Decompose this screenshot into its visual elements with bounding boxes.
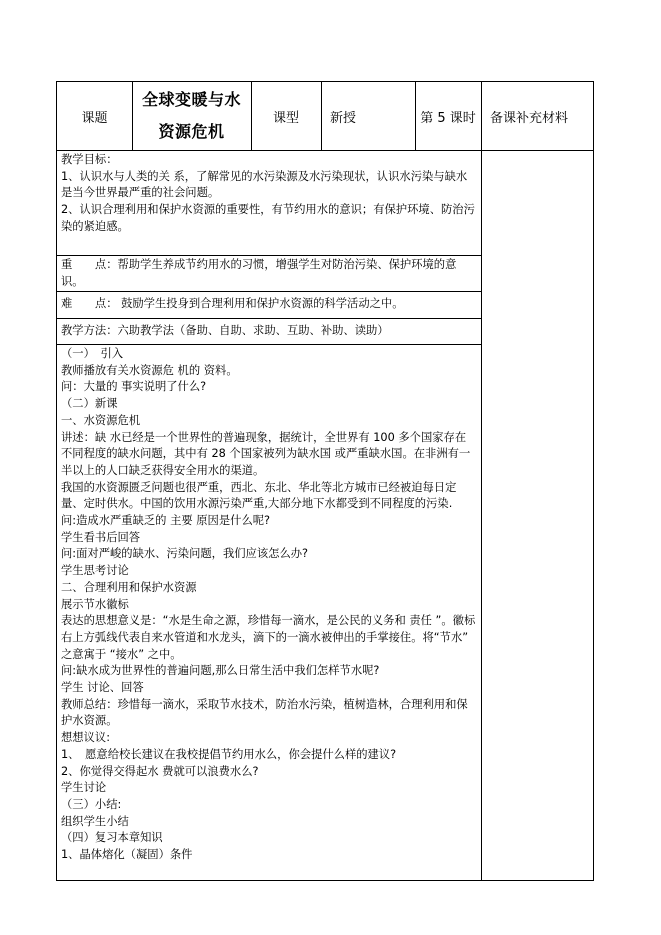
key-point: 重 点：帮助学生养成节约用水的习惯，增强学生对防治污染、保护环境的意识。 — [57, 255, 481, 291]
process-line: （二）新课 — [61, 396, 477, 413]
process-line: 1、 愿意给校长建议在我校提倡节约用水么，你会提什么样的建议? — [61, 747, 477, 764]
key-point-text: 重 点：帮助学生养成节约用水的习惯，增强学生对防治污染、保护环境的意识。 — [61, 257, 477, 290]
topic-value: 全球变暖与水 资源危机 — [132, 82, 251, 150]
process-line: 表达的思想意义是：“水是生命之源，珍惜每一滴水，是公民的义务和 责任 ”。徽标右… — [61, 613, 477, 663]
process-line: 一、水资源危机 — [61, 413, 477, 430]
lesson-plan-table: 课题 全球变暖与水 资源危机 课型 新授 第 5 课时 备课补充材料 教学目标：… — [56, 81, 594, 881]
process-line: 2、你觉得交得起水 费就可以浪费水么? — [61, 764, 477, 781]
supplement-content — [482, 151, 593, 880]
process-line: 讲述：缺 水已经是一个世界性的普遍现象，据统计，全世界有 100 多个国家存在不… — [61, 430, 477, 480]
process-line: 我国的水资源匮乏问题也很严重，西北、东北、华北等北方城市已经被迫每日定量、定时供… — [61, 480, 477, 513]
process-line: （四）复习本章知识 — [61, 830, 477, 847]
supplement-label: 备课补充材料 — [481, 82, 593, 150]
topic-label: 课题 — [57, 82, 132, 150]
process-line: 学生 讨论、回答 — [61, 680, 477, 697]
process-line: 1、晶体熔化（凝固）条件 — [61, 847, 477, 864]
process-line: 教师总结：珍惜每一滴水，采取节水技术，防治水污染，植树造林，合理利用和保护水资源… — [61, 697, 477, 730]
process-line: 二、合理利用和保护水资源 — [61, 580, 477, 597]
process-line: （三）小结: — [61, 797, 477, 814]
objectives-title: 教学目标： — [61, 152, 477, 169]
process-line: （一） 引入 — [61, 346, 477, 363]
objective-item: 2、认识合理利用和保护水资源的重要性，有节约用水的意识；有保护环境、防治污染的紧… — [61, 202, 477, 235]
process-line: 学生讨论 — [61, 780, 477, 797]
topic-line-1: 全球变暖与水 — [132, 84, 251, 116]
process-line: 教师播放有关水资源危 机的 资料。 — [61, 363, 477, 380]
process-line: 组织学生小结 — [61, 814, 477, 831]
process-line: 学生思考讨论 — [61, 563, 477, 580]
topic-line-2: 资源危机 — [132, 116, 251, 148]
difficult-point-text: 难 点： 鼓励学生投身到合理利用和保护水资源的科学活动之中。 — [61, 296, 404, 313]
process-line: 学生看书后回答 — [61, 530, 477, 547]
type-label: 课型 — [251, 82, 321, 150]
type-value: 新授 — [321, 82, 415, 150]
process-line: 展示节水徽标 — [61, 597, 477, 614]
process-line: 问:面对严峻的缺水、污染问题，我们应该怎么办? — [61, 546, 477, 563]
period: 第 5 课时 — [415, 82, 481, 150]
difficult-point: 难 点： 鼓励学生投身到合理利用和保护水资源的科学活动之中。 — [57, 291, 481, 318]
process-line: 问:缺水成为世界性的普遍问题,那么日常生活中我们怎样节水呢? — [61, 663, 477, 680]
process-line: 问:造成水严重缺乏的 主要 原因是什么呢? — [61, 513, 477, 530]
teaching-method: 教学方法：六助教学法（备助、自助、求助、互助、补助、读助） — [57, 318, 481, 344]
teaching-method-text: 教学方法：六助教学法（备助、自助、求助、互助、补助、读助） — [61, 323, 389, 340]
process-line: 想想议议: — [61, 730, 477, 747]
objective-item: 1、认识水与人类的关 系，了解常见的水污染源及水污染现状，认识水污染与缺水是当今… — [61, 169, 477, 202]
process-line: 问：大量的 事实说明了什么? — [61, 379, 477, 396]
objectives-section: 教学目标： 1、认识水与人类的关 系，了解常见的水污染源及水污染现状，认识水污染… — [57, 150, 481, 255]
teaching-process: （一） 引入 教师播放有关水资源危 机的 资料。 问：大量的 事实说明了什么? … — [57, 345, 481, 880]
